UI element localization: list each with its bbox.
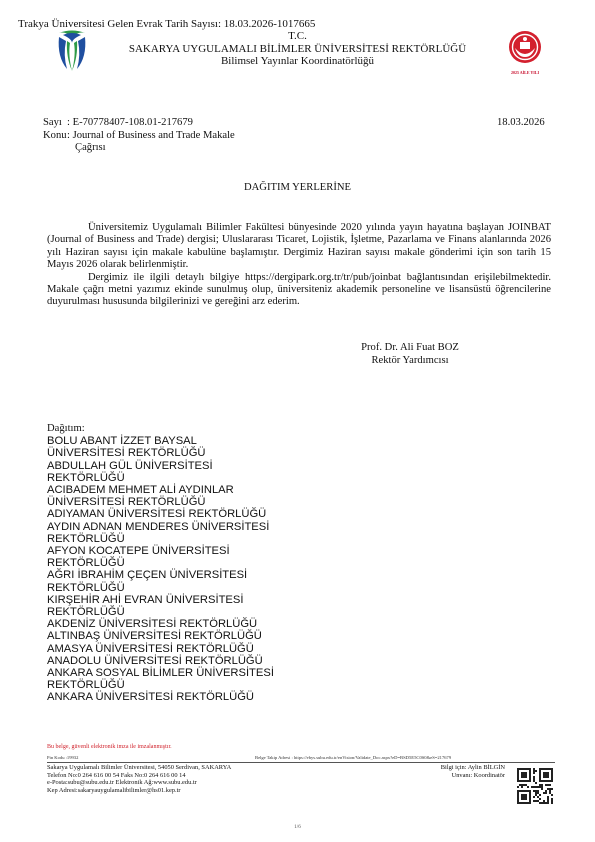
esignature-note: Bu belge, güvenli elektronik imza ile im… xyxy=(47,744,172,750)
kep-line[interactable]: Kep Adresi:sakaryauygulamalibilimler@hs0… xyxy=(47,787,231,795)
distribution-list: Dağıtım: BOLU ABANT İZZET BAYSALÜNİVERSİ… xyxy=(47,423,307,704)
signer-name: Prof. Dr. Ali Fuat BOZ xyxy=(340,342,480,355)
letter-body: Üniversitemiz Uygulamalı Bilimler Fakült… xyxy=(47,222,551,309)
distribution-item: REKTÖRLÜĞÜ xyxy=(47,472,307,484)
distribution-item: REKTÖRLÜĞÜ xyxy=(47,533,307,545)
distribution-item: ÜNİVERSİTESİ REKTÖRLÜĞÜ xyxy=(47,447,307,459)
distribution-item: AĞRI İBRAHİM ÇEÇEN ÜNİVERSİTESİ xyxy=(47,569,307,581)
footer-divider xyxy=(47,762,555,763)
distribution-item: ÜNİVERSİTESİ REKTÖRLÜĞÜ xyxy=(47,496,307,508)
addressee: DAĞITIM YERLERİNE xyxy=(0,182,595,193)
aile-yili-caption: 2025 AİLE YILI xyxy=(505,70,545,75)
qr-code-icon xyxy=(517,768,553,804)
document-date: 18.03.2026 xyxy=(497,117,545,128)
footer-contact: Bilgi için: Aylin BİLGİN Unvanı: Koordin… xyxy=(420,764,505,779)
page-number: 1/6 xyxy=(0,824,595,830)
distribution-item: AMASYA ÜNİVERSİTESİ REKTÖRLÜĞÜ xyxy=(47,643,307,655)
distribution-item: BOLU ABANT İZZET BAYSAL xyxy=(47,435,307,447)
distribution-item: REKTÖRLÜĞÜ xyxy=(47,606,307,618)
distribution-item: AKDENİZ ÜNİVERSİTESİ REKTÖRLÜĞÜ xyxy=(47,618,307,630)
address-line: Sakarya Uygulamalı Bilimler Üniversitesi… xyxy=(47,764,231,772)
distribution-item: ABDULLAH GÜL ÜNİVERSİTESİ xyxy=(47,460,307,472)
pin-code: Pin Kodu :19932 xyxy=(47,755,78,760)
sayi-label: Sayı xyxy=(43,117,67,130)
signature-block: Prof. Dr. Ali Fuat BOZ Rektör Yardımcısı xyxy=(340,342,480,368)
signer-title: Rektör Yardımcısı xyxy=(340,355,480,368)
distribution-item: ALTINBAŞ ÜNİVERSİTESİ REKTÖRLÜĞÜ xyxy=(47,630,307,642)
konu-label: Konu xyxy=(43,130,67,143)
tracking-address[interactable]: Belge Takip Adresi : https://ebys.subu.e… xyxy=(255,755,451,760)
aile-yili-logo: 2025 AİLE YILI xyxy=(505,30,545,76)
distribution-item: KIRŞEHİR AHİ EVRAN ÜNİVERSİTESİ xyxy=(47,594,307,606)
distribution-heading: Dağıtım: xyxy=(47,423,307,435)
distribution-item: REKTÖRLÜĞÜ xyxy=(47,557,307,569)
body-paragraph-1: Üniversitemiz Uygulamalı Bilimler Fakült… xyxy=(47,222,551,272)
distribution-item: AFYON KOCATEPE ÜNİVERSİTESİ xyxy=(47,545,307,557)
footer-address: Sakarya Uygulamalı Bilimler Üniversitesi… xyxy=(47,764,231,794)
distribution-item: ANKARA SOSYAL BİLİMLER ÜNİVERSİTESİ xyxy=(47,667,307,679)
sayi-value: : E-70778407-108.01-217679 xyxy=(67,117,193,130)
distribution-item: ACIBADEM MEHMET ALİ AYDINLAR xyxy=(47,484,307,496)
contact-name: Bilgi için: Aylin BİLGİN xyxy=(420,764,505,772)
email-line[interactable]: e-Posta:subu@subu.edu.tr Elektronik Ağ:w… xyxy=(47,779,231,787)
contact-title: Unvanı: Koordinatör xyxy=(420,772,505,780)
distribution-item: ANKARA ÜNİVERSİTESİ REKTÖRLÜĞÜ xyxy=(47,691,307,703)
distribution-item: REKTÖRLÜĞÜ xyxy=(47,679,307,691)
aile-yili-logo-icon xyxy=(508,30,542,64)
distribution-item: AYDIN ADNAN MENDERES ÜNİVERSİTESİ xyxy=(47,521,307,533)
konu-value: : Journal of Business and Trade Makale xyxy=(67,130,235,143)
body-paragraph-2: Dergimiz ile ilgili detaylı bilgiye http… xyxy=(47,272,551,309)
document-meta: Sayı : E-70778407-108.01-217679 Konu : J… xyxy=(43,117,235,155)
konu-value-cont: Çağrısı xyxy=(43,142,235,155)
phone-line: Telefon No:0 264 616 00 54 Faks No:0 264… xyxy=(47,772,231,780)
distribution-item: ADIYAMAN ÜNİVERSİTESİ REKTÖRLÜĞÜ xyxy=(47,508,307,520)
distribution-item: REKTÖRLÜĞÜ xyxy=(47,582,307,594)
distribution-item: ANADOLU ÜNİVERSİTESİ REKTÖRLÜĞÜ xyxy=(47,655,307,667)
